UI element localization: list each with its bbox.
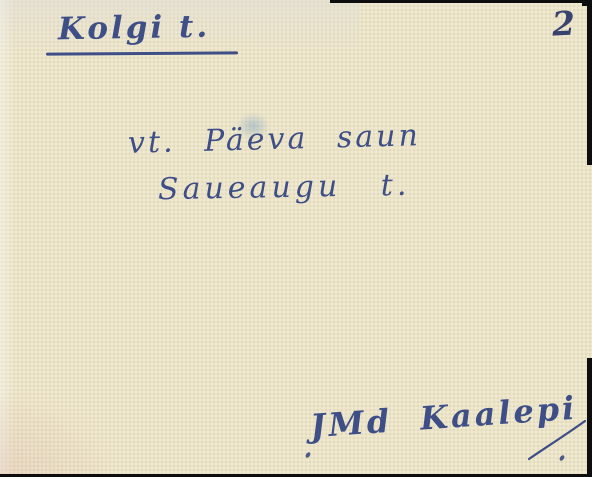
heading-underline [46, 51, 238, 55]
scanned-index-card: Kolgi t. 2 vt. Päeva saun Saueaugu t. JM… [0, 0, 592, 477]
reference-line-2: Saueaugu t. [158, 168, 411, 207]
scan-tint-bottom-left [0, 387, 120, 477]
scan-shade-left-edge [0, 0, 14, 477]
scan-edge-right-upper [587, 0, 592, 165]
card-heading: Kolgi t. [58, 9, 211, 48]
page-number: 2 [551, 3, 576, 43]
ink-speck [305, 451, 312, 458]
reference-line-1: vt. Päeva saun [128, 118, 422, 161]
ink-speck [559, 454, 566, 461]
scan-edge-top [330, 0, 592, 3]
scan-edge-right-lower [587, 358, 592, 477]
parish-village-note: JMd Kaalepi [309, 389, 578, 446]
